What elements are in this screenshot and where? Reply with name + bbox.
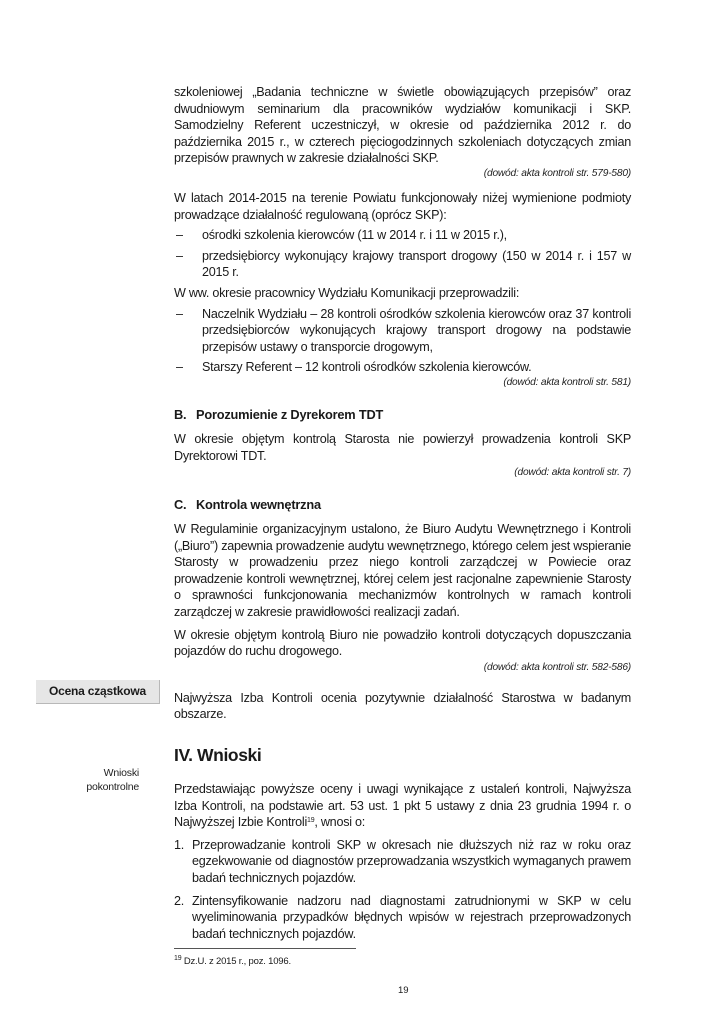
- section-c-text-2: W okresie objętym kontrolą Biuro nie pow…: [174, 627, 631, 660]
- entities-list: – ośrodki szkolenia kierowców (11 w 2014…: [174, 227, 631, 281]
- controls-list: – Naczelnik Wydziału – 28 kontroli ośrod…: [174, 306, 631, 376]
- list-number: 1.: [174, 837, 184, 854]
- list-number: 2.: [174, 893, 184, 910]
- document-page: szkoleniowej „Badania techniczne w świet…: [0, 0, 723, 1024]
- section-c-heading: C.Kontrola wewnętrzna: [174, 497, 631, 513]
- list-item: 1. Przeprowadzanie kontroli SKP w okresa…: [174, 837, 631, 887]
- footnote: 19 Dz.U. z 2015 r., poz. 1096.: [174, 956, 291, 968]
- proof-citation-4: (dowód: akta kontroli str. 582-586): [174, 661, 631, 674]
- dash-bullet: –: [176, 248, 183, 265]
- intro-paragraph: szkoleniowej „Badania techniczne w świet…: [174, 84, 631, 167]
- dash-bullet: –: [176, 227, 183, 244]
- section-iv-title: IV. Wnioski: [174, 745, 631, 765]
- list-item: – Naczelnik Wydziału – 28 kontroli ośrod…: [174, 306, 631, 356]
- page-number: 19: [398, 985, 409, 996]
- list-item: – ośrodki szkolenia kierowców (11 w 2014…: [174, 227, 631, 244]
- conclusions-intro: Przedstawiając powyższe oceny i uwagi wy…: [174, 781, 631, 831]
- proof-citation-3: (dowód: akta kontroli str. 7): [174, 466, 631, 479]
- main-column: szkoleniowej „Badania techniczne w świet…: [174, 84, 631, 942]
- controls-paragraph: W ww. okresie pracownicy Wydziału Komuni…: [174, 285, 631, 302]
- list-item: – Starszy Referent – 12 kontroli ośrodkó…: [174, 359, 631, 376]
- section-c-text-1: W Regulaminie organizacyjnym ustalono, ż…: [174, 521, 631, 621]
- partial-assessment-label: Ocena cząstkowa: [36, 680, 160, 704]
- proof-citation-1: (dowód: akta kontroli str. 579-580): [174, 167, 631, 180]
- footnote-divider: [174, 948, 356, 949]
- dash-bullet: –: [176, 359, 183, 376]
- list-item: 2. Zintensyfikowanie nadzoru nad diagnos…: [174, 893, 631, 943]
- section-b-heading: B.Porozumienie z Dyrekorem TDT: [174, 407, 631, 423]
- dash-bullet: –: [176, 306, 183, 323]
- entities-paragraph: W latach 2014-2015 na terenie Powiatu fu…: [174, 190, 631, 223]
- section-b-text: W okresie objętym kontrolą Starosta nie …: [174, 431, 631, 464]
- partial-assessment-text: Najwyższa Izba Kontroli ocenia pozytywni…: [174, 690, 631, 723]
- proof-citation-2: (dowód: akta kontroli str. 581): [174, 376, 631, 389]
- conclusions-list: 1. Przeprowadzanie kontroli SKP w okresa…: [174, 837, 631, 943]
- post-audit-conclusions-label: Wnioski pokontrolne: [86, 766, 139, 794]
- list-item: – przedsiębiorcy wykonujący krajowy tran…: [174, 248, 631, 281]
